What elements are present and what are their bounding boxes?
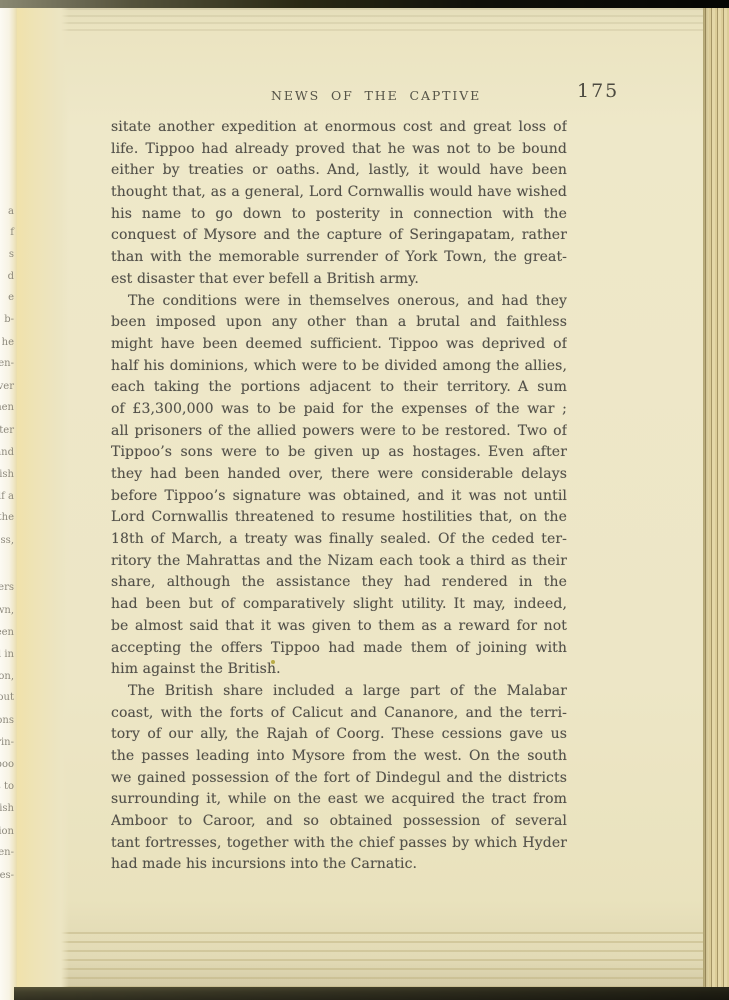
text-line: share, although the assistance they had … xyxy=(111,572,567,594)
text-line: be almost said that it was given to them… xyxy=(111,616,567,638)
text-line: half his dominions, which were to be div… xyxy=(111,356,567,378)
facing-page-fragment: e xyxy=(8,292,14,303)
text-line: been imposed upon any other than a bruta… xyxy=(111,312,567,334)
text-line: than with the memorable surrender of Yor… xyxy=(111,247,567,269)
paper-speck xyxy=(271,660,275,664)
facing-page-fragment: b- xyxy=(4,314,14,325)
facing-page-fragment: ver xyxy=(0,381,14,392)
text-line: ritory the Mahrattas and the Nizam each … xyxy=(111,551,567,573)
paragraph: The conditions were in themselves onerou… xyxy=(111,291,567,681)
facing-page-fragment: and xyxy=(0,447,14,458)
facing-page-fragment: lish xyxy=(0,469,14,480)
facing-page-fragment: asons xyxy=(0,715,14,726)
facing-page-fragment: the xyxy=(0,512,14,523)
text-line: The conditions were in themselves onerou… xyxy=(111,291,567,313)
paragraph: The British share included a large part … xyxy=(111,681,567,876)
facing-page-fragment: tion, xyxy=(0,671,14,682)
top-page-edges xyxy=(60,8,703,33)
text-line: before Tippoo’s signature was obtained, … xyxy=(111,486,567,508)
text-line: est disaster that ever befell a British … xyxy=(111,269,567,291)
body-text: sitate another expedition at enormous co… xyxy=(111,117,567,876)
facing-page-fragment: been xyxy=(0,627,14,638)
page-number: 175 xyxy=(577,80,619,102)
paragraph: sitate another expedition at enormous co… xyxy=(111,117,567,291)
facing-page-fragment: nen xyxy=(0,402,14,413)
facing-page-fragment: ution xyxy=(0,826,14,837)
bottom-page-edges xyxy=(17,932,709,987)
text-line: the passes leading into Mysore from the … xyxy=(111,746,567,768)
bottom-scan-shadow xyxy=(14,987,729,1000)
text-line: each taking the portions adjacent to the… xyxy=(111,377,567,399)
facing-page-fragment: ill in xyxy=(0,649,14,660)
text-line: they had been handed over, there were co… xyxy=(111,464,567,486)
facing-page-fragment: s xyxy=(9,249,14,260)
text-line: tory of our ally, the Rajah of Coorg. Th… xyxy=(111,724,567,746)
text-line: 18th of March, a treaty was finally seal… xyxy=(111,529,567,551)
text-line: might have been deemed sufficient. Tippo… xyxy=(111,334,567,356)
facing-page-fragment: icers xyxy=(0,582,14,593)
text-line: all prisoners of the allied powers were … xyxy=(111,421,567,443)
facing-page-fragment: he xyxy=(2,337,14,348)
text-line: accepting the offers Tippoo had made the… xyxy=(111,638,567,660)
text-line: conquest of Mysore and the capture of Se… xyxy=(111,225,567,247)
text-line: thought that, as a general, Lord Cornwal… xyxy=(111,182,567,204)
text-line: life. Tippoo had already proved that he … xyxy=(111,139,567,161)
text-line: his name to go down to posterity in conn… xyxy=(111,204,567,226)
facing-page-fragment: en- xyxy=(0,358,14,369)
facing-page-sliver: afsdeb-heen-vernenfterandlishalf atheles… xyxy=(0,0,17,1000)
facing-page-fragment: d xyxy=(8,271,14,282)
facing-page-fragment: less, xyxy=(0,535,14,546)
text-line: Tippoo’s sons were to be given up as hos… xyxy=(111,442,567,464)
text-line: The British share included a large part … xyxy=(111,681,567,703)
facing-page-fragment: ppoo xyxy=(0,759,14,770)
top-scan-shadow xyxy=(0,0,729,8)
scanned-book-page: afsdeb-heen-vernenfterandlishalf atheles… xyxy=(0,0,729,1000)
facing-page-fragment: a xyxy=(8,206,14,217)
right-page-edges xyxy=(703,6,729,990)
facing-page-fragment: erin- xyxy=(0,737,14,748)
facing-page-fragment: f xyxy=(10,227,14,238)
text-line: of £3,300,000 was to be paid for the exp… xyxy=(111,399,567,421)
text-line: sitate another expedition at enormous co… xyxy=(111,117,567,139)
running-head-title: NEWS OF THE CAPTIVE xyxy=(271,88,481,103)
facing-page-fragment: o en- xyxy=(0,847,14,858)
facing-page-fragment: glish xyxy=(0,803,14,814)
text-line: had made his incursions into the Carnati… xyxy=(111,854,567,876)
text-line: either by treaties or oaths. And, lastly… xyxy=(111,160,567,182)
text-line: coast, with the forts of Calicut and Can… xyxy=(111,703,567,725)
text-line: tant fortresses, together with the chief… xyxy=(111,833,567,855)
facing-page-fragment: alf a xyxy=(0,491,14,502)
left-page-edge xyxy=(17,7,69,987)
text-line: Lord Cornwallis threatened to resume hos… xyxy=(111,507,567,529)
facing-page-fragment: out xyxy=(0,692,14,703)
text-line: we gained possession of the fort of Dind… xyxy=(111,768,567,790)
facing-page-fragment: ss to xyxy=(0,781,14,792)
facing-page-fragment: own, xyxy=(0,605,14,616)
text-line: surrounding it, while on the east we acq… xyxy=(111,789,567,811)
text-line: Amboor to Caroor, and so obtained posses… xyxy=(111,811,567,833)
facing-page-fragment: fter xyxy=(0,425,14,436)
text-line: had been but of comparatively slight uti… xyxy=(111,594,567,616)
text-line: him against the British. xyxy=(111,659,567,681)
facing-page-fragment: eces- xyxy=(0,870,14,881)
